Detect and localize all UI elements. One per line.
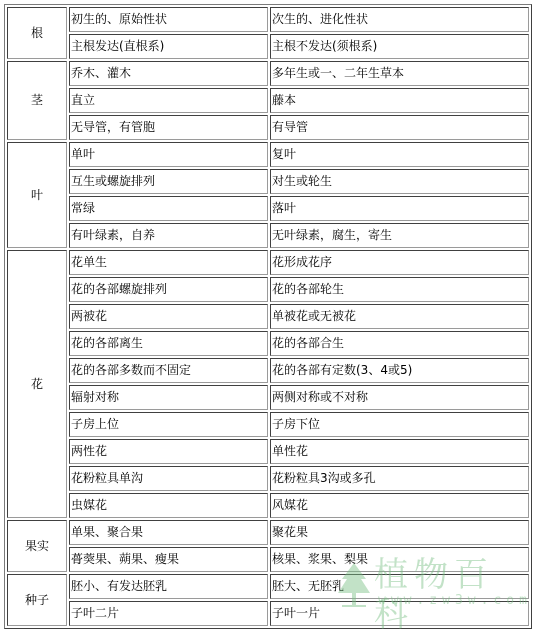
primitive-trait-cell: 单果、聚合果 — [69, 520, 268, 545]
primitive-trait-cell: 花的各部螺旋排列 — [69, 277, 268, 302]
table-row: 无导管，有管胞有导管 — [7, 115, 529, 140]
primitive-trait-cell: 虫媒花 — [69, 493, 268, 518]
advanced-trait-cell: 对生或轮生 — [270, 169, 529, 194]
primitive-trait-cell: 有叶绿素，自养 — [69, 223, 268, 248]
table-row: 花花单生花形成花序 — [7, 250, 529, 275]
organ-label: 叶 — [7, 142, 67, 248]
organ-label: 茎 — [7, 61, 67, 140]
organ-label: 果实 — [7, 520, 67, 572]
plant-trait-comparison-table: 根初生的、原始性状次生的、进化性状主根发达(直根系)主根不发达(须根系)茎乔木、… — [4, 4, 532, 629]
table-row: 种子胚小、有发达胚乳胚大、无胚乳 — [7, 574, 529, 599]
table-row: 子房上位子房下位 — [7, 412, 529, 437]
primitive-trait-cell: 辐射对称 — [69, 385, 268, 410]
advanced-trait-cell: 花的各部轮生 — [270, 277, 529, 302]
table-row: 常绿落叶 — [7, 196, 529, 221]
advanced-trait-cell: 花形成花序 — [270, 250, 529, 275]
advanced-trait-cell: 主根不发达(须根系) — [270, 34, 529, 59]
advanced-trait-cell: 风媒花 — [270, 493, 529, 518]
organ-label: 根 — [7, 7, 67, 59]
advanced-trait-cell: 落叶 — [270, 196, 529, 221]
primitive-trait-cell: 无导管，有管胞 — [69, 115, 268, 140]
table-row: 两性花单性花 — [7, 439, 529, 464]
advanced-trait-cell: 花粉粒具3沟或多孔 — [270, 466, 529, 491]
advanced-trait-cell: 胚大、无胚乳 — [270, 574, 529, 599]
table-row: 有叶绿素，自养无叶绿素，腐生，寄生 — [7, 223, 529, 248]
table-row: 花粉粒具单沟花粉粒具3沟或多孔 — [7, 466, 529, 491]
primitive-trait-cell: 蓇葖果、蒴果、瘦果 — [69, 547, 268, 572]
table-row: 果实单果、聚合果聚花果 — [7, 520, 529, 545]
primitive-trait-cell: 胚小、有发达胚乳 — [69, 574, 268, 599]
table-row: 花的各部螺旋排列花的各部轮生 — [7, 277, 529, 302]
organ-label: 花 — [7, 250, 67, 518]
primitive-trait-cell: 互生或螺旋排列 — [69, 169, 268, 194]
table-row: 两被花单被花或无被花 — [7, 304, 529, 329]
organ-label: 种子 — [7, 574, 67, 626]
advanced-trait-cell: 次生的、进化性状 — [270, 7, 529, 32]
primitive-trait-cell: 初生的、原始性状 — [69, 7, 268, 32]
advanced-trait-cell: 无叶绿素，腐生，寄生 — [270, 223, 529, 248]
primitive-trait-cell: 两性花 — [69, 439, 268, 464]
primitive-trait-cell: 直立 — [69, 88, 268, 113]
table-row: 叶单叶复叶 — [7, 142, 529, 167]
primitive-trait-cell: 单叶 — [69, 142, 268, 167]
table-row: 蓇葖果、蒴果、瘦果核果、浆果、梨果 — [7, 547, 529, 572]
advanced-trait-cell: 单被花或无被花 — [270, 304, 529, 329]
advanced-trait-cell: 复叶 — [270, 142, 529, 167]
advanced-trait-cell: 多年生或一、二年生草本 — [270, 61, 529, 86]
primitive-trait-cell: 子叶二片 — [69, 601, 268, 626]
table-row: 花的各部多数而不固定花的各部有定数(3、4或5) — [7, 358, 529, 383]
table-row: 根初生的、原始性状次生的、进化性状 — [7, 7, 529, 32]
table-row: 花的各部离生花的各部合生 — [7, 331, 529, 356]
primitive-trait-cell: 花单生 — [69, 250, 268, 275]
table-row: 直立藤本 — [7, 88, 529, 113]
advanced-trait-cell: 子房下位 — [270, 412, 529, 437]
advanced-trait-cell: 单性花 — [270, 439, 529, 464]
primitive-trait-cell: 常绿 — [69, 196, 268, 221]
primitive-trait-cell: 两被花 — [69, 304, 268, 329]
table-row: 主根发达(直根系)主根不发达(须根系) — [7, 34, 529, 59]
advanced-trait-cell: 核果、浆果、梨果 — [270, 547, 529, 572]
advanced-trait-cell: 两侧对称或不对称 — [270, 385, 529, 410]
primitive-trait-cell: 子房上位 — [69, 412, 268, 437]
advanced-trait-cell: 花的各部有定数(3、4或5) — [270, 358, 529, 383]
advanced-trait-cell: 子叶一片 — [270, 601, 529, 626]
primitive-trait-cell: 花粉粒具单沟 — [69, 466, 268, 491]
advanced-trait-cell: 藤本 — [270, 88, 529, 113]
primitive-trait-cell: 花的各部离生 — [69, 331, 268, 356]
table-row: 互生或螺旋排列对生或轮生 — [7, 169, 529, 194]
table-row: 虫媒花风媒花 — [7, 493, 529, 518]
advanced-trait-cell: 花的各部合生 — [270, 331, 529, 356]
advanced-trait-cell: 聚花果 — [270, 520, 529, 545]
table-row: 茎乔木、灌木多年生或一、二年生草本 — [7, 61, 529, 86]
primitive-trait-cell: 花的各部多数而不固定 — [69, 358, 268, 383]
advanced-trait-cell: 有导管 — [270, 115, 529, 140]
primitive-trait-cell: 乔木、灌木 — [69, 61, 268, 86]
primitive-trait-cell: 主根发达(直根系) — [69, 34, 268, 59]
table-row: 辐射对称两侧对称或不对称 — [7, 385, 529, 410]
table-row: 子叶二片子叶一片 — [7, 601, 529, 626]
